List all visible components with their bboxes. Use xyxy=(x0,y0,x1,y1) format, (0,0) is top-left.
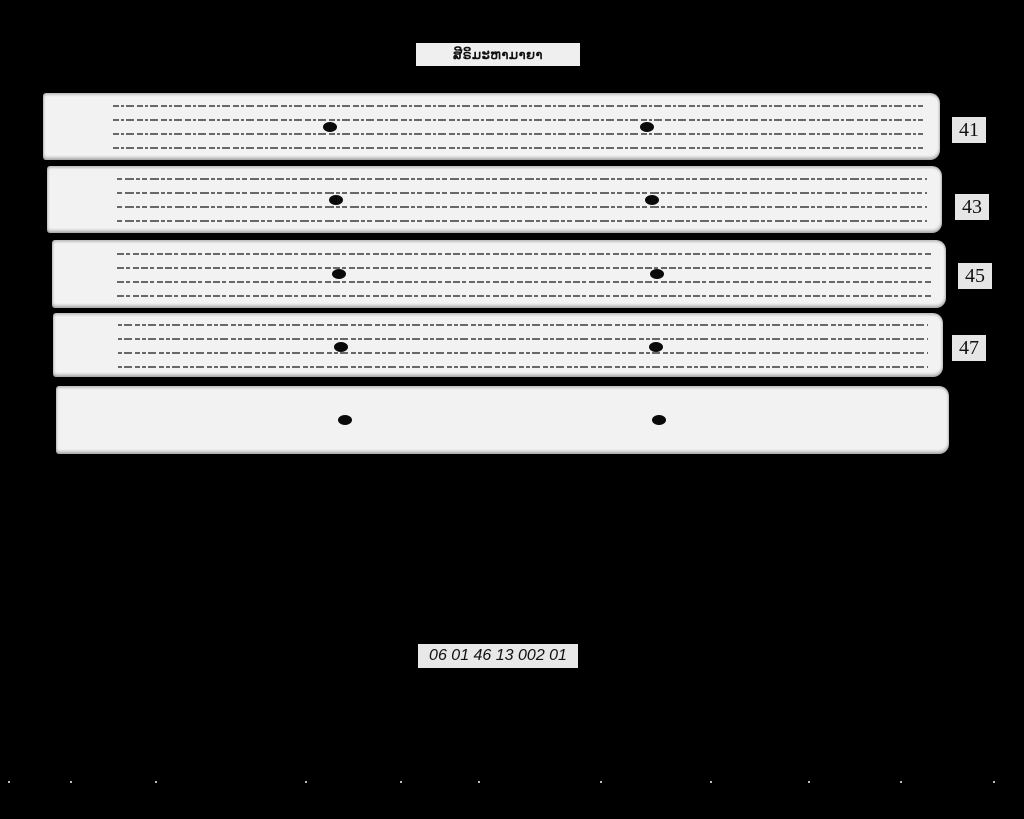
palm-leaf-3 xyxy=(52,240,946,308)
page-number-label: 41 xyxy=(952,117,986,143)
binding-hole xyxy=(332,269,346,279)
manuscript-title-label: ສີຣິມະຫາມາຍາ xyxy=(416,43,580,66)
binding-hole xyxy=(334,342,348,352)
palm-leaf-1 xyxy=(43,93,940,160)
binding-hole xyxy=(329,195,343,205)
page-number-label: 43 xyxy=(955,194,989,220)
binding-hole xyxy=(338,415,352,425)
binding-hole xyxy=(645,195,659,205)
binding-hole xyxy=(323,122,337,132)
film-edge-specks xyxy=(0,781,1024,787)
script-lines xyxy=(53,313,943,377)
microfilm-id-label: 06 01 46 13 002 01 xyxy=(418,644,578,668)
binding-hole xyxy=(652,415,666,425)
palm-leaf-5-blank xyxy=(56,386,949,454)
page-number-label: 45 xyxy=(958,263,992,289)
palm-leaf-4 xyxy=(53,313,943,377)
binding-hole xyxy=(649,342,663,352)
palm-leaf-2 xyxy=(47,166,942,233)
script-lines xyxy=(43,93,940,160)
script-lines xyxy=(47,166,942,233)
binding-hole xyxy=(650,269,664,279)
page-number-label: 47 xyxy=(952,335,986,361)
script-lines xyxy=(52,240,946,308)
binding-hole xyxy=(640,122,654,132)
